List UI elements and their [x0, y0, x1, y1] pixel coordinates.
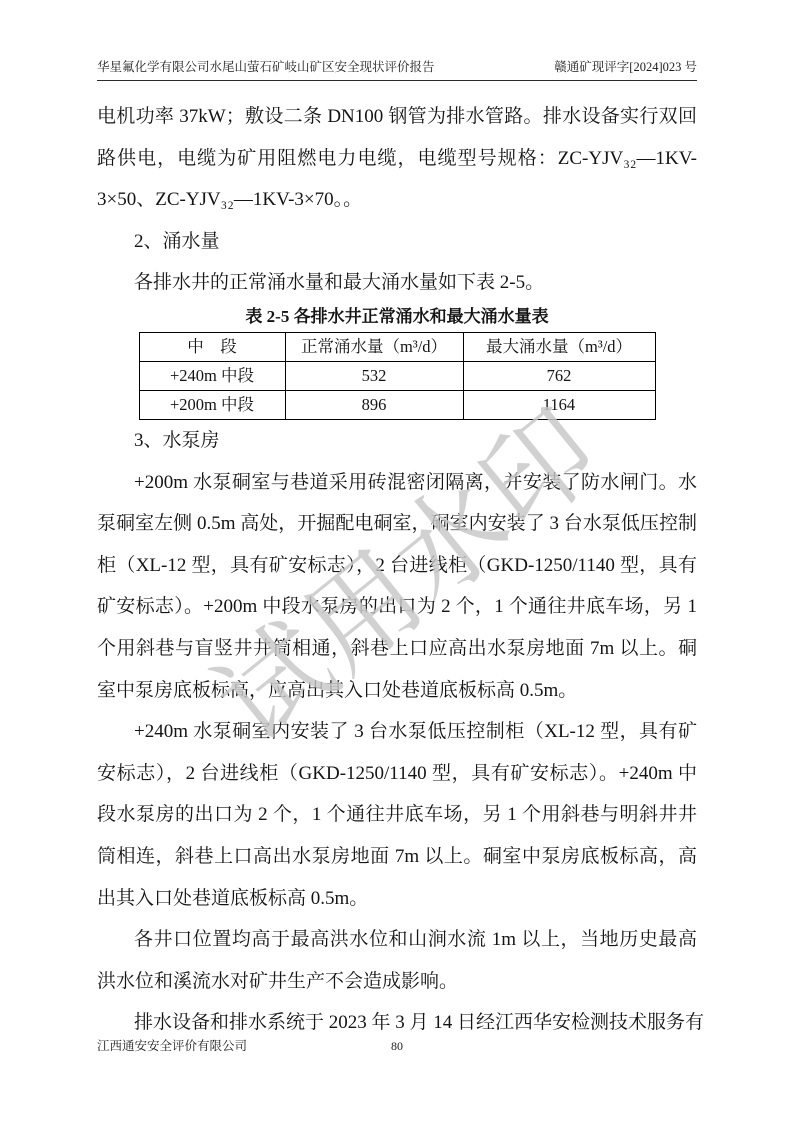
column-header-section: 中 段 [139, 332, 285, 361]
cell-normal-inflow-200m: 896 [285, 390, 463, 419]
header-doc-number: 赣通矿现评字[2024]023 号 [554, 59, 697, 75]
column-header-max-inflow: 最大涌水量（m³/d） [463, 332, 655, 361]
paragraph-pump-200m: +200m 水泵硐室与巷道采用砖混密闭隔离，并安装了防水闸门。水泵硐室左侧 0.… [97, 462, 697, 712]
paragraph-inflow-intro: 各排水井的正常涌水量和最大涌水量如下表 2-5。 [97, 262, 697, 304]
page-body: 电机功率 37kW；敷设二条 DN100 钢管为排水管路。排水设备实行双回路供电… [97, 96, 697, 1044]
column-header-normal-inflow: 正常涌水量（m³/d） [285, 332, 463, 361]
table-2-5-water-inflow: 中 段 正常涌水量（m³/d） 最大涌水量（m³/d） +240m 中段 532… [139, 332, 656, 420]
paragraph-wellhead-flood: 各井口位置均高于最高洪水位和山涧水流 1m 以上，当地历史最高洪水位和溪流水对矿… [97, 919, 697, 1002]
table-header-row: 中 段 正常涌水量（m³/d） 最大涌水量（m³/d） [139, 332, 655, 361]
paragraph-pump-240m: +240m 水泵硐室内安装了 3 台水泵低压控制柜（XL-12 型，具有矿安标志… [97, 711, 697, 919]
paragraph-drainage-power: 电机功率 37kW；敷设二条 DN100 钢管为排水管路。排水设备实行双回路供电… [97, 96, 697, 221]
cell-max-inflow-200m: 1164 [463, 390, 655, 419]
table-2-5-title: 表 2-5 各排水井正常涌水和最大涌水量表 [97, 304, 697, 330]
table-row-240m: +240m 中段 532 762 [139, 361, 655, 390]
cell-normal-inflow-240m: 532 [285, 361, 463, 390]
heading-pump-house: 3、水泵房 [97, 420, 697, 462]
document-page: 华星氟化学有限公司水尾山萤石矿岐山矿区安全现状评价报告 赣通矿现评字[2024]… [0, 0, 793, 1122]
page-header: 华星氟化学有限公司水尾山萤石矿岐山矿区安全现状评价报告 赣通矿现评字[2024]… [97, 59, 697, 81]
heading-water-inflow: 2、涌水量 [97, 221, 697, 263]
header-report-title: 华星氟化学有限公司水尾山萤石矿岐山矿区安全现状评价报告 [97, 59, 435, 75]
cell-section-240m: +240m 中段 [139, 361, 285, 390]
table-row-200m: +200m 中段 896 1164 [139, 390, 655, 419]
paragraph-drainage-inspection: 排水设备和排水系统于 2023 年 3 月 14 日经江西华安检测技术服务有 [97, 1002, 697, 1044]
cell-section-200m: +200m 中段 [139, 390, 285, 419]
cell-max-inflow-240m: 762 [463, 361, 655, 390]
